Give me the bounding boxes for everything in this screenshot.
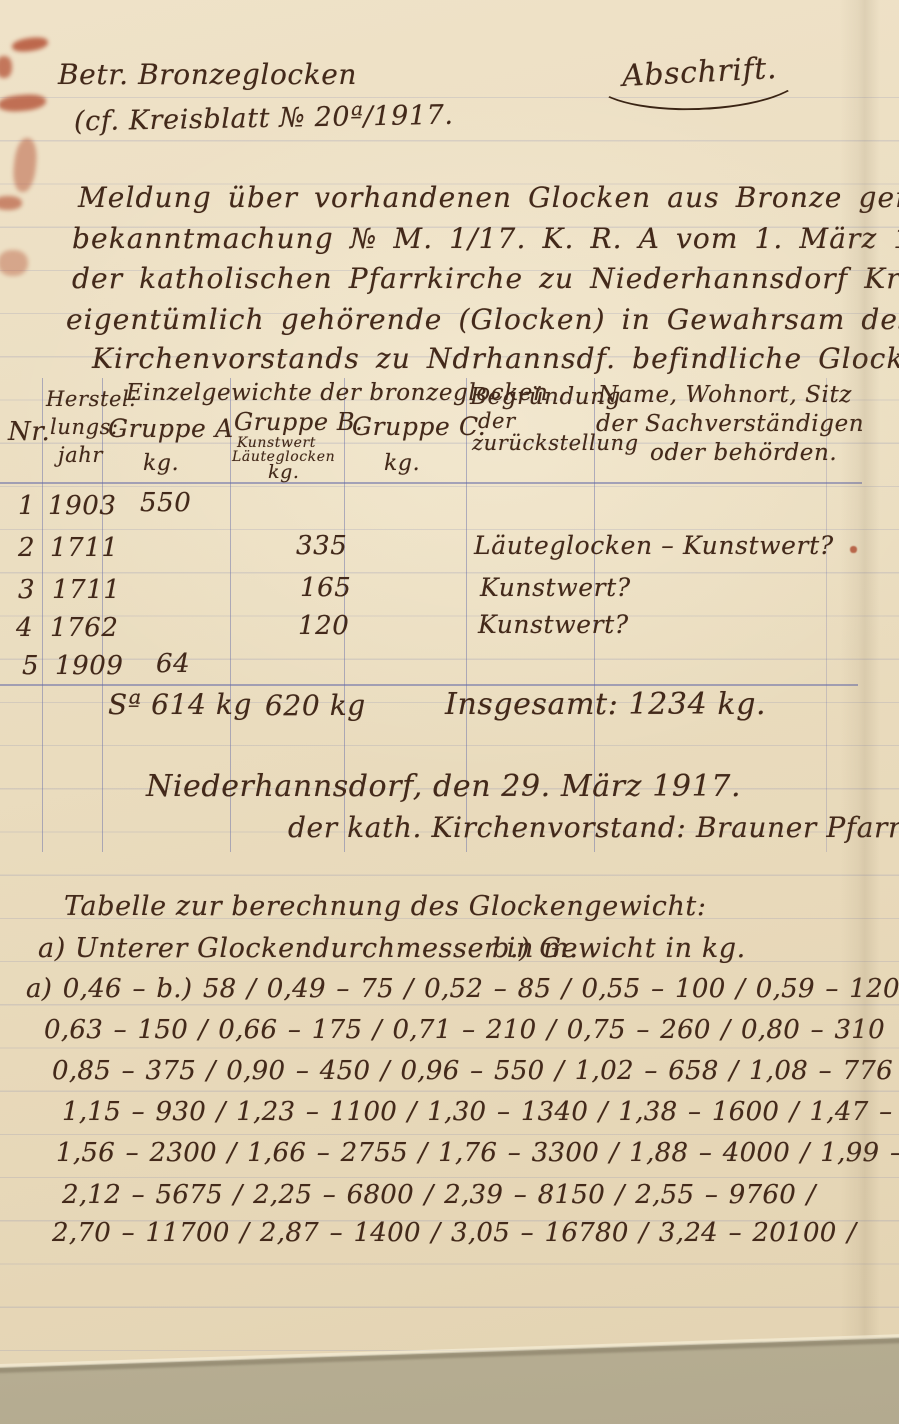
- intro-line: Kirchenvorstands zu Ndrhannsdf. befindli…: [92, 344, 899, 375]
- copy-stamp: Abschrift.: [621, 52, 778, 93]
- row-year: 1903: [48, 492, 117, 521]
- col-header-gruppe-a-unit: kg.: [143, 452, 179, 476]
- scanned-document: Betr. Bronzeglocken (cf. Kreisblatt № 20…: [0, 0, 899, 1424]
- intro-line: eigentümlich gehörende (Glocken) in Gewa…: [66, 305, 899, 336]
- weight-table-line: 0,63 – 150 / 0,66 – 175 / 0,71 – 210 / 0…: [44, 1016, 885, 1045]
- col-header-year: Herstel:: [46, 388, 137, 411]
- col-header-nr: Nr.: [8, 418, 50, 447]
- table-header-line: [0, 482, 862, 484]
- col-header-expert: oder behörden.: [650, 441, 837, 466]
- subject-line-2: (cf. Kreisblatt № 20ª/1917.: [74, 101, 454, 137]
- row-weight-b: 165: [300, 574, 351, 603]
- col-header-gruppe-c-unit: kg.: [384, 452, 420, 476]
- red-ink-mark: [0, 250, 28, 276]
- signature-name: der kath. Kirchenvorstand: Brauner Pfarr…: [288, 813, 899, 844]
- red-ink-mark: [0, 56, 12, 78]
- row-reason: Kunstwert?: [478, 611, 629, 639]
- row-nr: 1: [18, 492, 35, 521]
- weight-table-line: 1,56 – 2300 / 1,66 – 2755 / 1,76 – 3300 …: [56, 1139, 899, 1168]
- table-sum-line: [0, 684, 858, 686]
- row-nr: 3: [18, 576, 35, 605]
- red-ink-mark: [0, 93, 47, 113]
- row-nr: 2: [18, 534, 35, 563]
- col-header-expert: der Sachverständigen: [596, 412, 864, 437]
- col-header-reason: der: [478, 410, 516, 433]
- subject-line-1: Betr. Bronzeglocken: [58, 60, 357, 91]
- col-header-year: jahr: [58, 444, 103, 467]
- red-ink-mark: [11, 137, 39, 193]
- weight-table-line: a) 0,46 – b.) 58 / 0,49 – 75 / 0,52 – 85…: [26, 975, 899, 1004]
- signature-place-date: Niederhannsdorf, den 29. März 1917.: [146, 770, 741, 803]
- row-reason: Läuteglocken – Kunstwert?: [474, 532, 834, 560]
- intro-line: Meldung über vorhandenen Glocken aus Bro…: [78, 183, 899, 214]
- weight-table-line: 2,12 – 5675 / 2,25 – 6800 / 2,39 – 8150 …: [62, 1181, 816, 1210]
- sum-total: Insgesamt: 1234 kg.: [445, 688, 766, 721]
- row-weight-b: 120: [298, 612, 349, 641]
- row-reason: Kunstwert?: [480, 574, 631, 602]
- row-year: 1711: [52, 576, 121, 605]
- row-year: 1909: [55, 652, 124, 681]
- col-header-gruppe-c: Gruppe C.: [352, 413, 486, 441]
- sum-gruppe-b: 620 kg: [265, 691, 366, 722]
- row-year: 1711: [50, 534, 119, 563]
- intro-line: der katholischen Pfarrkirche zu Niederha…: [72, 264, 899, 295]
- row-weight-a: 64: [156, 650, 190, 679]
- col-header-gruppe-b: Gruppe B.: [234, 409, 363, 435]
- row-year: 1762: [50, 614, 119, 643]
- table-column-line: [42, 378, 43, 852]
- row-nr: 4: [16, 614, 33, 643]
- col-header-gruppe-b-unit: kg.: [268, 462, 300, 483]
- paper-crease: [840, 0, 880, 1360]
- weight-table-line: 2,70 – 11700 / 2,87 – 1400 / 3,05 – 1678…: [52, 1219, 856, 1248]
- weight-table-title: Tabelle zur berechnung des Glockengewich…: [64, 892, 707, 922]
- weight-table-line: 0,85 – 375 / 0,90 – 450 / 0,96 – 550 / 1…: [52, 1057, 893, 1086]
- col-header-gruppe-a: Gruppe A: [108, 415, 234, 443]
- weight-table-line: 1,15 – 930 / 1,23 – 1100 / 1,30 – 1340 /…: [62, 1098, 899, 1127]
- paper-sheet: Betr. Bronzeglocken (cf. Kreisblatt № 20…: [0, 0, 899, 1424]
- weight-table-legend-b: b.) Gewicht in kg.: [492, 934, 746, 964]
- row-nr: 5: [22, 652, 39, 681]
- red-ink-mark: [0, 196, 22, 210]
- row-weight-a: 550: [140, 489, 191, 518]
- col-header-expert: Name, Wohnort, Sitz: [598, 383, 852, 408]
- intro-line: bekanntmachung № M. 1/17. K. R. A vom 1.…: [72, 224, 899, 255]
- row-weight-b: 335: [296, 532, 347, 561]
- sum-gruppe-a: Sª 614 kg: [108, 690, 252, 721]
- red-ink-mark: [11, 36, 48, 54]
